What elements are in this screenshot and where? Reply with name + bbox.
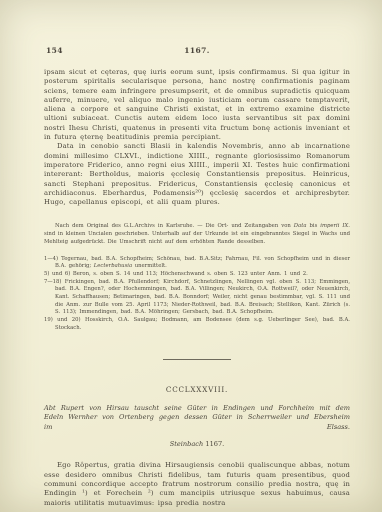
dating-clause-paragraph: Data in cenobio sancti Blasii in kalendi… [44,142,350,207]
running-head-year: 1167. [44,46,350,55]
footnotes-block: 1—4) Tegernau, bad. B.A. Schopfheim; Sch… [44,256,350,333]
dateline: Steinbach 1167. [44,440,350,448]
dateline-place: Steinbach [170,440,204,448]
footnote-2: 5) und 6) Beron, s. oben S. 14 und 113; … [44,271,350,279]
source-note-text: sind in kleinen Uncialen geschrieben. Un… [44,231,350,245]
footnote-text: 1—4) Tegernau, bad. B.A. Schopfheim; Sch… [44,256,350,270]
charter-text-continuation: ipsam sicut et cęteras, quę iuris eorum … [44,68,350,142]
book-page: { "colors": { "paper": "#f2efd6", "ink":… [0,0,382,512]
dateline-year: 1167. [205,440,224,448]
footnote-italic-placename: Lecterbahusia [94,263,132,269]
section-divider-rule [163,359,231,360]
source-note-text: Nach dem Original des G.L.Archivs in Kar… [55,223,294,229]
footnote-4: 19) und 20) Hosskirch, O.A. Saulgau; Bod… [44,317,350,332]
regest-heading: Abt Rupert von Hirsau tauscht seine Güte… [44,404,350,433]
entry-number-heading: CCCLXXXVIII. [44,385,350,394]
source-note-italic: imperii IX. [320,223,350,229]
page-content: 154 1167. ipsam sicut et cęteras, quę iu… [0,0,382,512]
running-head: 154 1167. [44,46,350,55]
footnote-text: 19) und 20) Hosskirch, O.A. Saulgau; Bod… [44,317,350,331]
footnote-text: 7—18) Frickingen, bad. B.A. Pfullendorf;… [44,279,350,316]
footnote-3: 7—18) Frickingen, bad. B.A. Pfullendorf;… [44,279,350,318]
footnote-text: unermittelt. [132,263,167,269]
footnote-1: 1—4) Tegernau, bad. B.A. Schopfheim; Sch… [44,256,350,271]
footnote-text: 5) und 6) Beron, s. oben S. 14 und 113; … [44,271,308,277]
source-note: Nach dem Original des G.L.Archivs in Kar… [44,223,350,246]
source-note-text: bis [307,223,321,229]
charter-text-opening: Ego Rôpertus, gratia divina Hirsaugiensi… [44,461,350,507]
source-note-italic: Data [294,223,307,229]
